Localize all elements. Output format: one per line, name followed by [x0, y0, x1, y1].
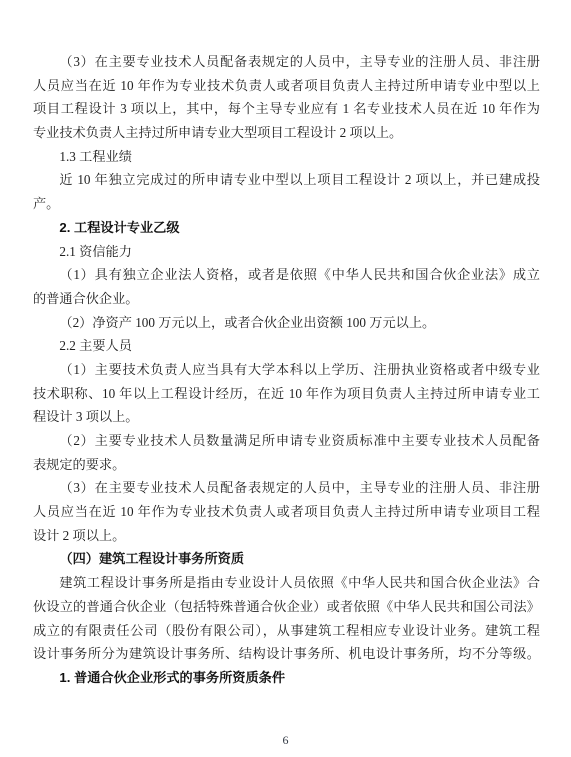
text-line: （四）建筑工程设计事务所资质: [33, 547, 540, 571]
text-line: 专业技术负责人主持过所申请专业大型项目工程设计 2 项以上。: [33, 121, 540, 145]
text-line: （1）主要技术负责人应当具有大学本科以上学历、注册执业资格或者中级专业: [33, 358, 540, 382]
text-line: 人员应当在近 10 年作为专业技术负责人或者项目负责人主持过所申请专业项目工程: [33, 500, 540, 524]
text-line: （2）净资产 100 万元以上，或者合伙企业出资额 100 万元以上。: [33, 311, 540, 335]
text-line: 建筑工程设计事务所是指由专业设计人员依照《中华人民共和国合伙企业法》合: [33, 571, 540, 595]
clause-1-3-title: 1.3 工程业绩: [33, 145, 540, 169]
clause-2-1-item-1: （1）具有独立企业法人资格，或者是依照《中华人民共和国合伙企业法》成立的普通合伙…: [33, 263, 540, 310]
text-line: （1）具有独立企业法人资格，或者是依照《中华人民共和国合伙企业法》成立: [33, 263, 540, 287]
text-line: 表规定的要求。: [33, 453, 540, 477]
heading-1-partnership-firm-conditions: 1. 普通合伙企业形式的事务所资质条件: [33, 666, 540, 690]
text-line: 的普通合伙企业。: [33, 287, 540, 311]
text-line: 技术职称、10 年以上工程设计经历，在近 10 年作为项目负责人主持过所申请专业…: [33, 382, 540, 406]
text-line: 项目工程设计 3 项以上，其中，每个主导专业应有 1 名专业技术人员在近 10 …: [33, 97, 540, 121]
text-line: 伙设立的普通合伙企业（包括特殊普通合伙企业）或者依照《中华人民共和国公司法》: [33, 595, 540, 619]
text-line: 人员应当在近 10 年作为专业技术负责人或者项目负责人主持过所申请专业中型以上: [33, 74, 540, 98]
text-line: 2.2 主要人员: [33, 334, 540, 358]
clause-2-1-title: 2.1 资信能力: [33, 240, 540, 264]
text-line: 2. 工程设计专业乙级: [33, 216, 540, 240]
clause-2-2-title: 2.2 主要人员: [33, 334, 540, 358]
document-page: （3）在主要专业技术人员配备表规定的人员中，主导专业的注册人员、非注册人员应当在…: [0, 0, 571, 757]
clause-2-2-item-3: （3）在主要专业技术人员配备表规定的人员中，主导专业的注册人员、非注册人员应当在…: [33, 476, 540, 547]
heading-section-4-design-firm: （四）建筑工程设计事务所资质: [33, 547, 540, 571]
text-line: 近 10 年独立完成过的所申请专业中型以上项目工程设计 2 项以上，并已建成投: [33, 168, 540, 192]
text-line: 2.1 资信能力: [33, 240, 540, 264]
section-4-intro: 建筑工程设计事务所是指由专业设计人员依照《中华人民共和国合伙企业法》合伙设立的普…: [33, 571, 540, 666]
text-line: 成立的有限责任公司（股份有限公司），从事建筑工程相应专业设计业务。建筑工程: [33, 619, 540, 643]
text-line: 1. 普通合伙企业形式的事务所资质条件: [33, 666, 540, 690]
page-number: 6: [0, 733, 571, 748]
text-line: 产。: [33, 192, 540, 216]
heading-2-professional-grade-b: 2. 工程设计专业乙级: [33, 216, 540, 240]
text-line: 设计 2 项以上。: [33, 524, 540, 548]
text-line: 设计事务所分为建筑设计事务所、结构设计事务所、机电设计事务所，均不分等级。: [33, 642, 540, 666]
text-line: （3）在主要专业技术人员配备表规定的人员中，主导专业的注册人员、非注册: [33, 50, 540, 74]
text-line: （3）在主要专业技术人员配备表规定的人员中，主导专业的注册人员、非注册: [33, 476, 540, 500]
text-line: 程设计 3 项以上。: [33, 405, 540, 429]
clause-2-1-item-2: （2）净资产 100 万元以上，或者合伙企业出资额 100 万元以上。: [33, 311, 540, 335]
clause-2-2-item-1: （1）主要技术负责人应当具有大学本科以上学历、注册执业资格或者中级专业技术职称、…: [33, 358, 540, 429]
clause-1-3-body: 近 10 年独立完成过的所申请专业中型以上项目工程设计 2 项以上，并已建成投产…: [33, 168, 540, 215]
document-body: （3）在主要专业技术人员配备表规定的人员中，主导专业的注册人员、非注册人员应当在…: [33, 50, 540, 690]
text-line: （2）主要专业技术人员数量满足所申请专业资质标准中主要专业技术人员配备: [33, 429, 540, 453]
text-line: 1.3 工程业绩: [33, 145, 540, 169]
clause-2-2-item-2: （2）主要专业技术人员数量满足所申请专业资质标准中主要专业技术人员配备表规定的要…: [33, 429, 540, 476]
clause-1-2-item-3: （3）在主要专业技术人员配备表规定的人员中，主导专业的注册人员、非注册人员应当在…: [33, 50, 540, 145]
